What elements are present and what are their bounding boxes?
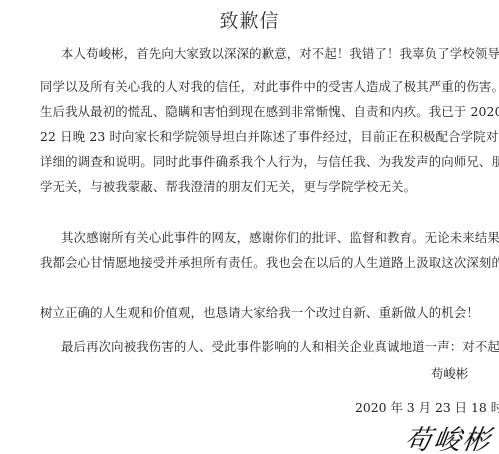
handwritten-signature: 苟峻彬 [402,418,494,454]
text-line: 最后再次向被我伤害的人、受此事件影响的人和相关企业真诚地道一声：对不起！ [61,339,472,355]
signature-name: 苟峻彬 [431,364,468,382]
text-line: 树立正确的人生观和价值观，也恳请大家给我一个改过自新、重新做人的机会！ [40,305,472,321]
text-line: 学无关，与被我蒙蔽、帮我澄清的朋友们无关，更与学院学校无关。 [40,179,472,195]
text-line: 其次感谢所有关心此事件的网友，感谢你们的批评、监督和教育。无论未来结果如何， [61,230,472,246]
letter-date: 2020 年 3 月 23 日 18 时 [355,398,499,416]
text-line: 生后我从最初的慌乱、隐瞒和害怕到现在感到非常惭愧、自责和内疚。我已于 2020 … [40,104,472,120]
text-line: 22 日晚 23 时向家长和学院领导坦白并陈述了事件经过，目前正在积极配合学院对… [40,129,472,145]
letter-title: 致歉信 [0,6,499,33]
text-line: 同学以及所有关心我的人对我的信任，对此事件中的受害人造成了极其严重的伤害。事件发 [40,79,472,95]
text-line: 我都会心甘情愿地接受并承担所有责任。我也会在以后的人生道路上汲取这次深刻的教训， [40,255,472,271]
text-line: 详细的调查和说明。同时此事件确系我个人行为，与信任我、为我发声的向师兄、朋友钱同 [40,154,472,170]
text-line: 本人苟峻彬，首先向大家致以深深的歉意，对不起！我错了！我辜负了学校领导、老师、 [61,46,472,62]
